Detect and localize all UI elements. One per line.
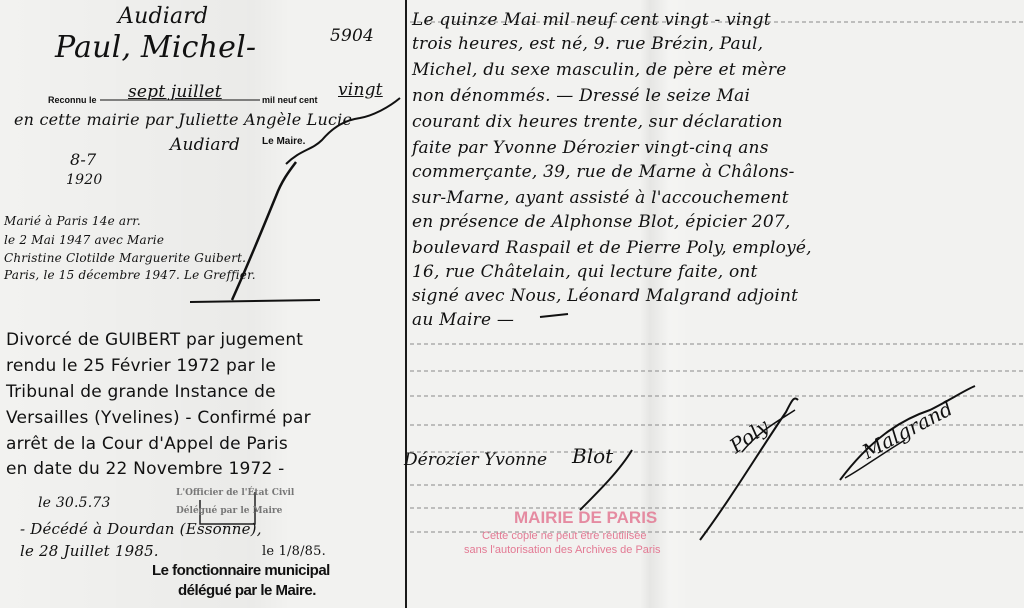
act-number: 5904	[330, 26, 374, 46]
act-text-line: boulevard Raspail et de Pierre Poly, emp…	[412, 238, 812, 258]
act-text-line: Michel, du sexe masculin, de père et mèr…	[412, 60, 787, 80]
act-text-line: non dénommés. — Dressé le seize Mai	[412, 86, 750, 106]
divorce-note-line: arrêt de la Cour d'Appel de Paris	[6, 434, 288, 454]
death-note-line: le 28 Juillet 1985.	[20, 542, 159, 560]
act-text-line: sur-Marne, ayant assisté à l'accouchemen…	[412, 188, 789, 208]
archive-stamp-line2: sans l'autorisation des Archives de Pari…	[464, 544, 661, 556]
margin-date-day: 8-7	[70, 150, 96, 169]
margin-date-year: 1920	[66, 172, 102, 188]
official-stamp-line: délégué par le Maire.	[178, 582, 316, 599]
marriage-note-line: Christine Clotilde Marguerite Guibert.	[4, 251, 246, 265]
act-text-line: courant dix heures trente, sur déclarati…	[412, 112, 783, 132]
signature-poly: Poly	[725, 414, 773, 458]
signature-derozier: Dérozier Yvonne	[404, 450, 547, 470]
divorce-note-line: Tribunal de grande Instance de	[6, 382, 276, 402]
act-text-line: au Maire —	[412, 310, 514, 330]
archive-stamp-title: MAIRIE DE PARIS	[514, 508, 657, 528]
recognition-mid-text: mil neuf cent	[262, 95, 318, 105]
signature-malgrand: Malgrand	[858, 396, 956, 464]
official-stamp-line: Le fonctionnaire municipal	[152, 562, 330, 579]
officer-stamp-line: Délégué par le Maire	[176, 506, 282, 516]
archive-stamp-line1: Cette copie ne peut être réutilisée	[482, 530, 647, 542]
recognition-label: Reconnu le	[48, 95, 97, 105]
divorce-note-line: rendu le 25 Février 1972 par le	[6, 356, 276, 376]
act-text-line: signé avec Nous, Léonard Malgrand adjoin…	[412, 286, 798, 306]
act-text-line: faite par Yvonne Dérozier vingt-cinq ans	[412, 138, 769, 158]
act-text-line: en présence de Alphonse Blot, épicier 20…	[412, 212, 790, 232]
divorce-date: le 30.5.73	[38, 495, 111, 511]
officer-stamp-line: L'Officier de l'État Civil	[176, 488, 294, 498]
marriage-note-line: le 2 Mai 1947 avec Marie	[4, 233, 164, 247]
surname: Audiard	[118, 4, 208, 29]
act-text-line: commerçante, 39, rue de Marne à Châlons-	[412, 162, 795, 182]
maire-label: Le Maire.	[262, 136, 305, 147]
divorce-note-line: en date du 22 Novembre 1972 -	[6, 459, 284, 479]
recognition-line2: en cette mairie par Juliette Angèle Luci…	[14, 110, 352, 129]
signature-blot: Blot	[572, 444, 613, 468]
divorce-note-line: Divorcé de GUIBERT par jugement	[6, 330, 303, 350]
document-page: Audiard Paul, Michel- 5904 Reconnu le se…	[0, 0, 1024, 608]
divorce-note-line: Versailles (Yvelines) - Confirmé par	[6, 408, 311, 428]
marriage-note-line: Paris, le 15 décembre 1947. Le Greffier.	[4, 268, 256, 282]
act-text-line: 16, rue Châtelain, qui lecture faite, on…	[412, 262, 758, 282]
recognition-year: vingt	[338, 80, 383, 100]
act-text-line: Le quinze Mai mil neuf cent vingt - ving…	[412, 10, 771, 30]
marriage-note-line: Marié à Paris 14e arr.	[4, 214, 141, 228]
recognition-day: sept juillet	[128, 82, 222, 102]
given-names: Paul, Michel-	[55, 30, 256, 65]
column-divider	[405, 0, 407, 608]
death-note-date: le 1/8/85.	[262, 544, 326, 559]
recognition-signature: Audiard	[170, 135, 240, 155]
act-text-line: trois heures, est né, 9. rue Brézin, Pau…	[412, 34, 763, 54]
death-note-line: - Décédé à Dourdan (Essonne),	[20, 520, 262, 538]
